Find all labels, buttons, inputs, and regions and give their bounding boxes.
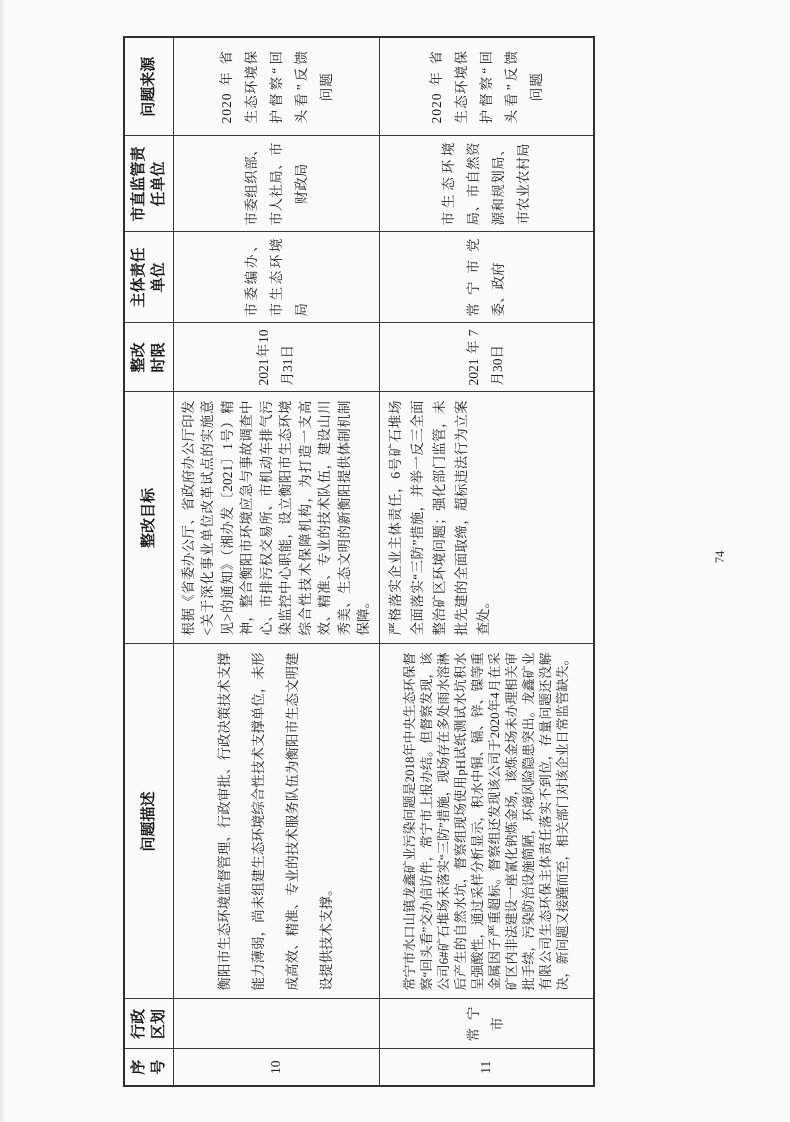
cell-problem-10: 衡阳市生态环境监督管理、行政审批、行政决策技术支撑能力薄弱，尚未组建生态环境综合… <box>173 644 379 999</box>
cell-goal-10: 根据《省委办公厅、省政府办公厅印发<关于深化事业单位改革试点的实施意见>的通知》… <box>173 392 379 644</box>
header-cell-problem: 问题描述 <box>124 644 173 999</box>
cell-deadline-10: 2021年10月31日 <box>173 323 379 392</box>
rectification-table: 序 号 行政 区划 问题描述 整改目标 整改 时限 主体责任 <box>123 36 595 1087</box>
cell-source-11: 2020年省生态环境保护督察“回头看”反馈问题 <box>379 37 594 136</box>
header-cell-source: 问题来源 <box>124 37 173 136</box>
cell-responsible-11: 常宁市党委、政府 <box>379 232 594 323</box>
header-seq-line2: 号 <box>149 1052 169 1084</box>
cell-supervisor-10: 市委组织部、市人社局、市财政局 <box>173 136 379 232</box>
header-supervisor-line2: 任单位 <box>149 139 169 230</box>
cell-region-10 <box>173 999 379 1049</box>
header-responsible-line1: 主体责任 <box>129 235 149 321</box>
cell-supervisor-11: 市生态环境局、市自然资源和规划局、市农业农村局 <box>379 136 594 232</box>
cell-source-10: 2020年省生态环境保护督察“回头看”反馈问题 <box>173 37 379 136</box>
table-row-item-11: 11 常宁市 常宁市水口山镇龙鑫矿业污染问题是2018年中央生态环保督察“回头看… <box>379 37 594 1086</box>
cell-problem-11: 常宁市水口山镇龙鑫矿业污染问题是2018年中央生态环保督察“回头看”交办信访件，… <box>379 644 594 999</box>
header-cell-seq: 序 号 <box>124 1049 173 1086</box>
header-problem-line1: 问题描述 <box>139 647 159 997</box>
landscape-canvas: 序 号 行政 区划 问题描述 整改目标 整改 时限 主体责任 <box>123 38 593 1087</box>
rotated-table-area: 序 号 行政 区划 问题描述 整改目标 整改 时限 主体责任 <box>123 38 593 1087</box>
document-page: { "page": { "number": "74" }, "table": {… <box>0 0 790 1122</box>
header-supervisor-line1: 市直监管责 <box>129 139 149 230</box>
table-row-item-10: 10 衡阳市生态环境监督管理、行政审批、行政决策技术支撑能力薄弱，尚未组建生态环… <box>173 37 379 1086</box>
cell-seq-10: 10 <box>173 1049 379 1086</box>
cell-responsible-10: 市委编办、市生态环境局 <box>173 232 379 323</box>
header-seq-line1: 序 <box>129 1052 149 1084</box>
cell-goal-11: 严格落实企业主体责任，6号矿石堆场全面落实“三防”措施，并举一反三全面整治矿区环… <box>379 392 594 644</box>
cell-deadline-11: 2021年7月30日 <box>379 323 594 392</box>
header-responsible-line2: 单位 <box>149 235 169 321</box>
header-cell-supervising-unit: 市直监管责 任单位 <box>124 136 173 232</box>
header-region-line2: 区划 <box>149 1002 169 1047</box>
header-cell-goal: 整改目标 <box>124 392 173 644</box>
header-deadline-line2: 时限 <box>149 326 169 390</box>
header-region-line1: 行政 <box>129 1002 149 1047</box>
scan-edge-shading <box>0 0 6 1122</box>
header-goal-line1: 整改目标 <box>139 395 159 642</box>
header-cell-responsible-unit: 主体责任 单位 <box>124 232 173 323</box>
header-deadline-line1: 整改 <box>129 326 149 390</box>
page-number: 74 <box>713 542 731 572</box>
header-cell-deadline: 整改 时限 <box>124 323 173 392</box>
header-cell-region: 行政 区划 <box>124 999 173 1049</box>
cell-region-11: 常宁市 <box>379 999 594 1049</box>
cell-seq-11: 11 <box>379 1049 594 1086</box>
table-header-row: 序 号 行政 区划 问题描述 整改目标 整改 时限 主体责任 <box>124 37 173 1086</box>
header-source-line1: 问题来源 <box>139 40 159 134</box>
